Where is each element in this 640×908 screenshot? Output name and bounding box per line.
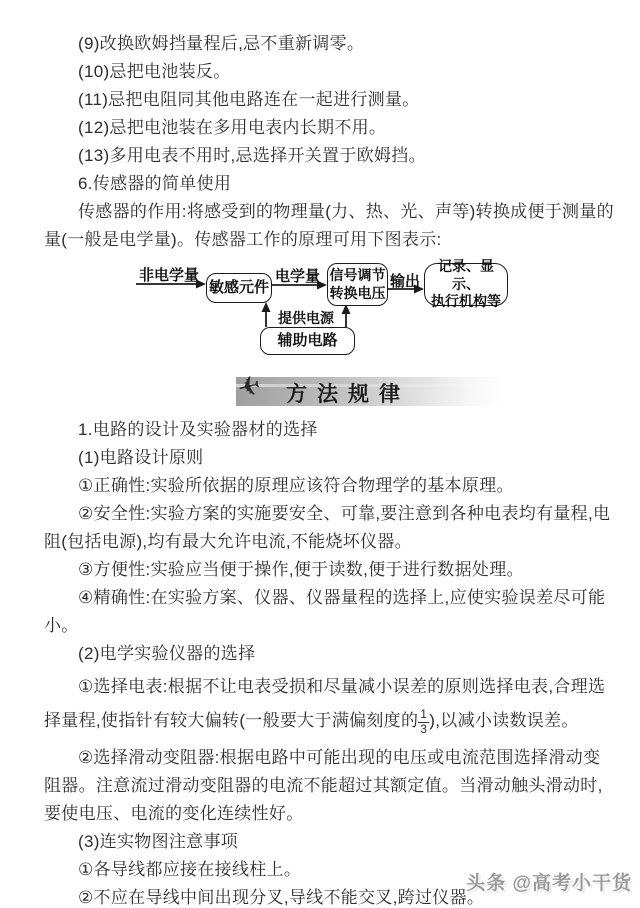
method-subheading-1: (1)电路设计原则: [44, 444, 614, 472]
banner-title: 方法规律: [286, 378, 410, 408]
method-rules-banner: ✈ 方法规律: [0, 374, 640, 408]
diagram-box-signal: 信号调节 转换电压: [327, 263, 388, 306]
diagram-label-output: 输出: [390, 270, 420, 291]
document-page: { "notes": [ "(9)改换欧姆挡量程后,忌不重新调零。", "(10…: [0, 0, 640, 908]
method-point-4: ④精确性:在实验方案、仪器、仪器量程的选择上,应使实验误差尽可能小。: [44, 584, 614, 640]
diagram-box-auxiliary-label: 辅助电路: [277, 332, 337, 351]
method-point-5-text-b: ),以减小读数误差。: [429, 711, 578, 730]
note-item-12: (12)忌把电池装在多用电表内长期不用。: [44, 114, 614, 142]
arrow-up-head-icon: [262, 302, 271, 312]
toutiao-watermark: 头条 @高考小干货: [466, 868, 632, 895]
diagram-label-non-electrical: 非电学量: [139, 264, 199, 285]
fraction-numerator: 1: [418, 708, 429, 721]
diagram-box-signal-line2: 转换电压: [330, 285, 386, 303]
method-subheading-3: (3)连实物图注意事项: [44, 828, 614, 856]
diagram-box-record: 记录、显示、 执行机构等: [424, 263, 508, 306]
section6-heading: 6.传感器的简单使用: [44, 170, 614, 198]
diagram-box-record-line1: 记录、显示、: [425, 258, 507, 293]
fraction-denominator: 3: [418, 722, 429, 736]
note-item-10: (10)忌把电池装反。: [44, 58, 614, 86]
fraction-one-third: 13: [418, 708, 429, 735]
sensor-flow-diagram: 非电学量 敏感元件 电学量 信号调节 转换电压 输出 记录、显示、 执行机构等 …: [0, 258, 640, 364]
method-point-2: ②安全性:实验方案的实施要安全、可靠,要注意到各种电表均有量程,电阻(包括电源)…: [44, 500, 614, 556]
document-content: (9)改换欧姆挡量程后,忌不重新调零。 (10)忌把电池装反。 (11)忌把电阻…: [0, 0, 640, 908]
method-point-5: ①选择电表:根据不让电表受损和尽量减小误差的原则选择电表,合理选择量程,使指针有…: [44, 670, 614, 738]
note-item-13: (13)多用电表不用时,忌选择开关置于欧姆挡。: [44, 142, 614, 170]
method-point-3: ③方便性:实验应当便于操作,便于读数,便于进行数据处理。: [44, 556, 614, 584]
section6-intro: 传感器的作用:将感受到的物理量(力、热、光、声等)转换成便于测量的量(一般是电学…: [44, 198, 614, 254]
diagram-box-sensor: 敏感元件: [206, 273, 272, 303]
diagram-box-sensor-label: 敏感元件: [209, 279, 269, 298]
method-point-1: ①正确性:实验所依据的原理应该符合物理学的基本原理。: [44, 472, 614, 500]
diagram-label-power: 提供电源: [278, 308, 334, 328]
method-heading-1: 1.电路的设计及实验器材的选择: [44, 416, 614, 444]
note-item-11: (11)忌把电阻同其他电路连在一起进行测量。: [44, 86, 614, 114]
diagram-box-signal-line1: 信号调节: [330, 267, 386, 285]
diagram-box-auxiliary: 辅助电路: [260, 327, 355, 355]
method-point-6: ②选择滑动变阻器:根据电路中可能出现的电压或电流范围选择滑动变阻器。注意流过滑动…: [44, 744, 614, 828]
method-subheading-2: (2)电学实验仪器的选择: [44, 640, 614, 668]
note-item-9: (9)改换欧姆挡量程后,忌不重新调零。: [44, 30, 614, 58]
diagram-box-record-line2: 执行机构等: [431, 293, 501, 311]
diagram-label-electrical: 电学量: [275, 265, 320, 286]
